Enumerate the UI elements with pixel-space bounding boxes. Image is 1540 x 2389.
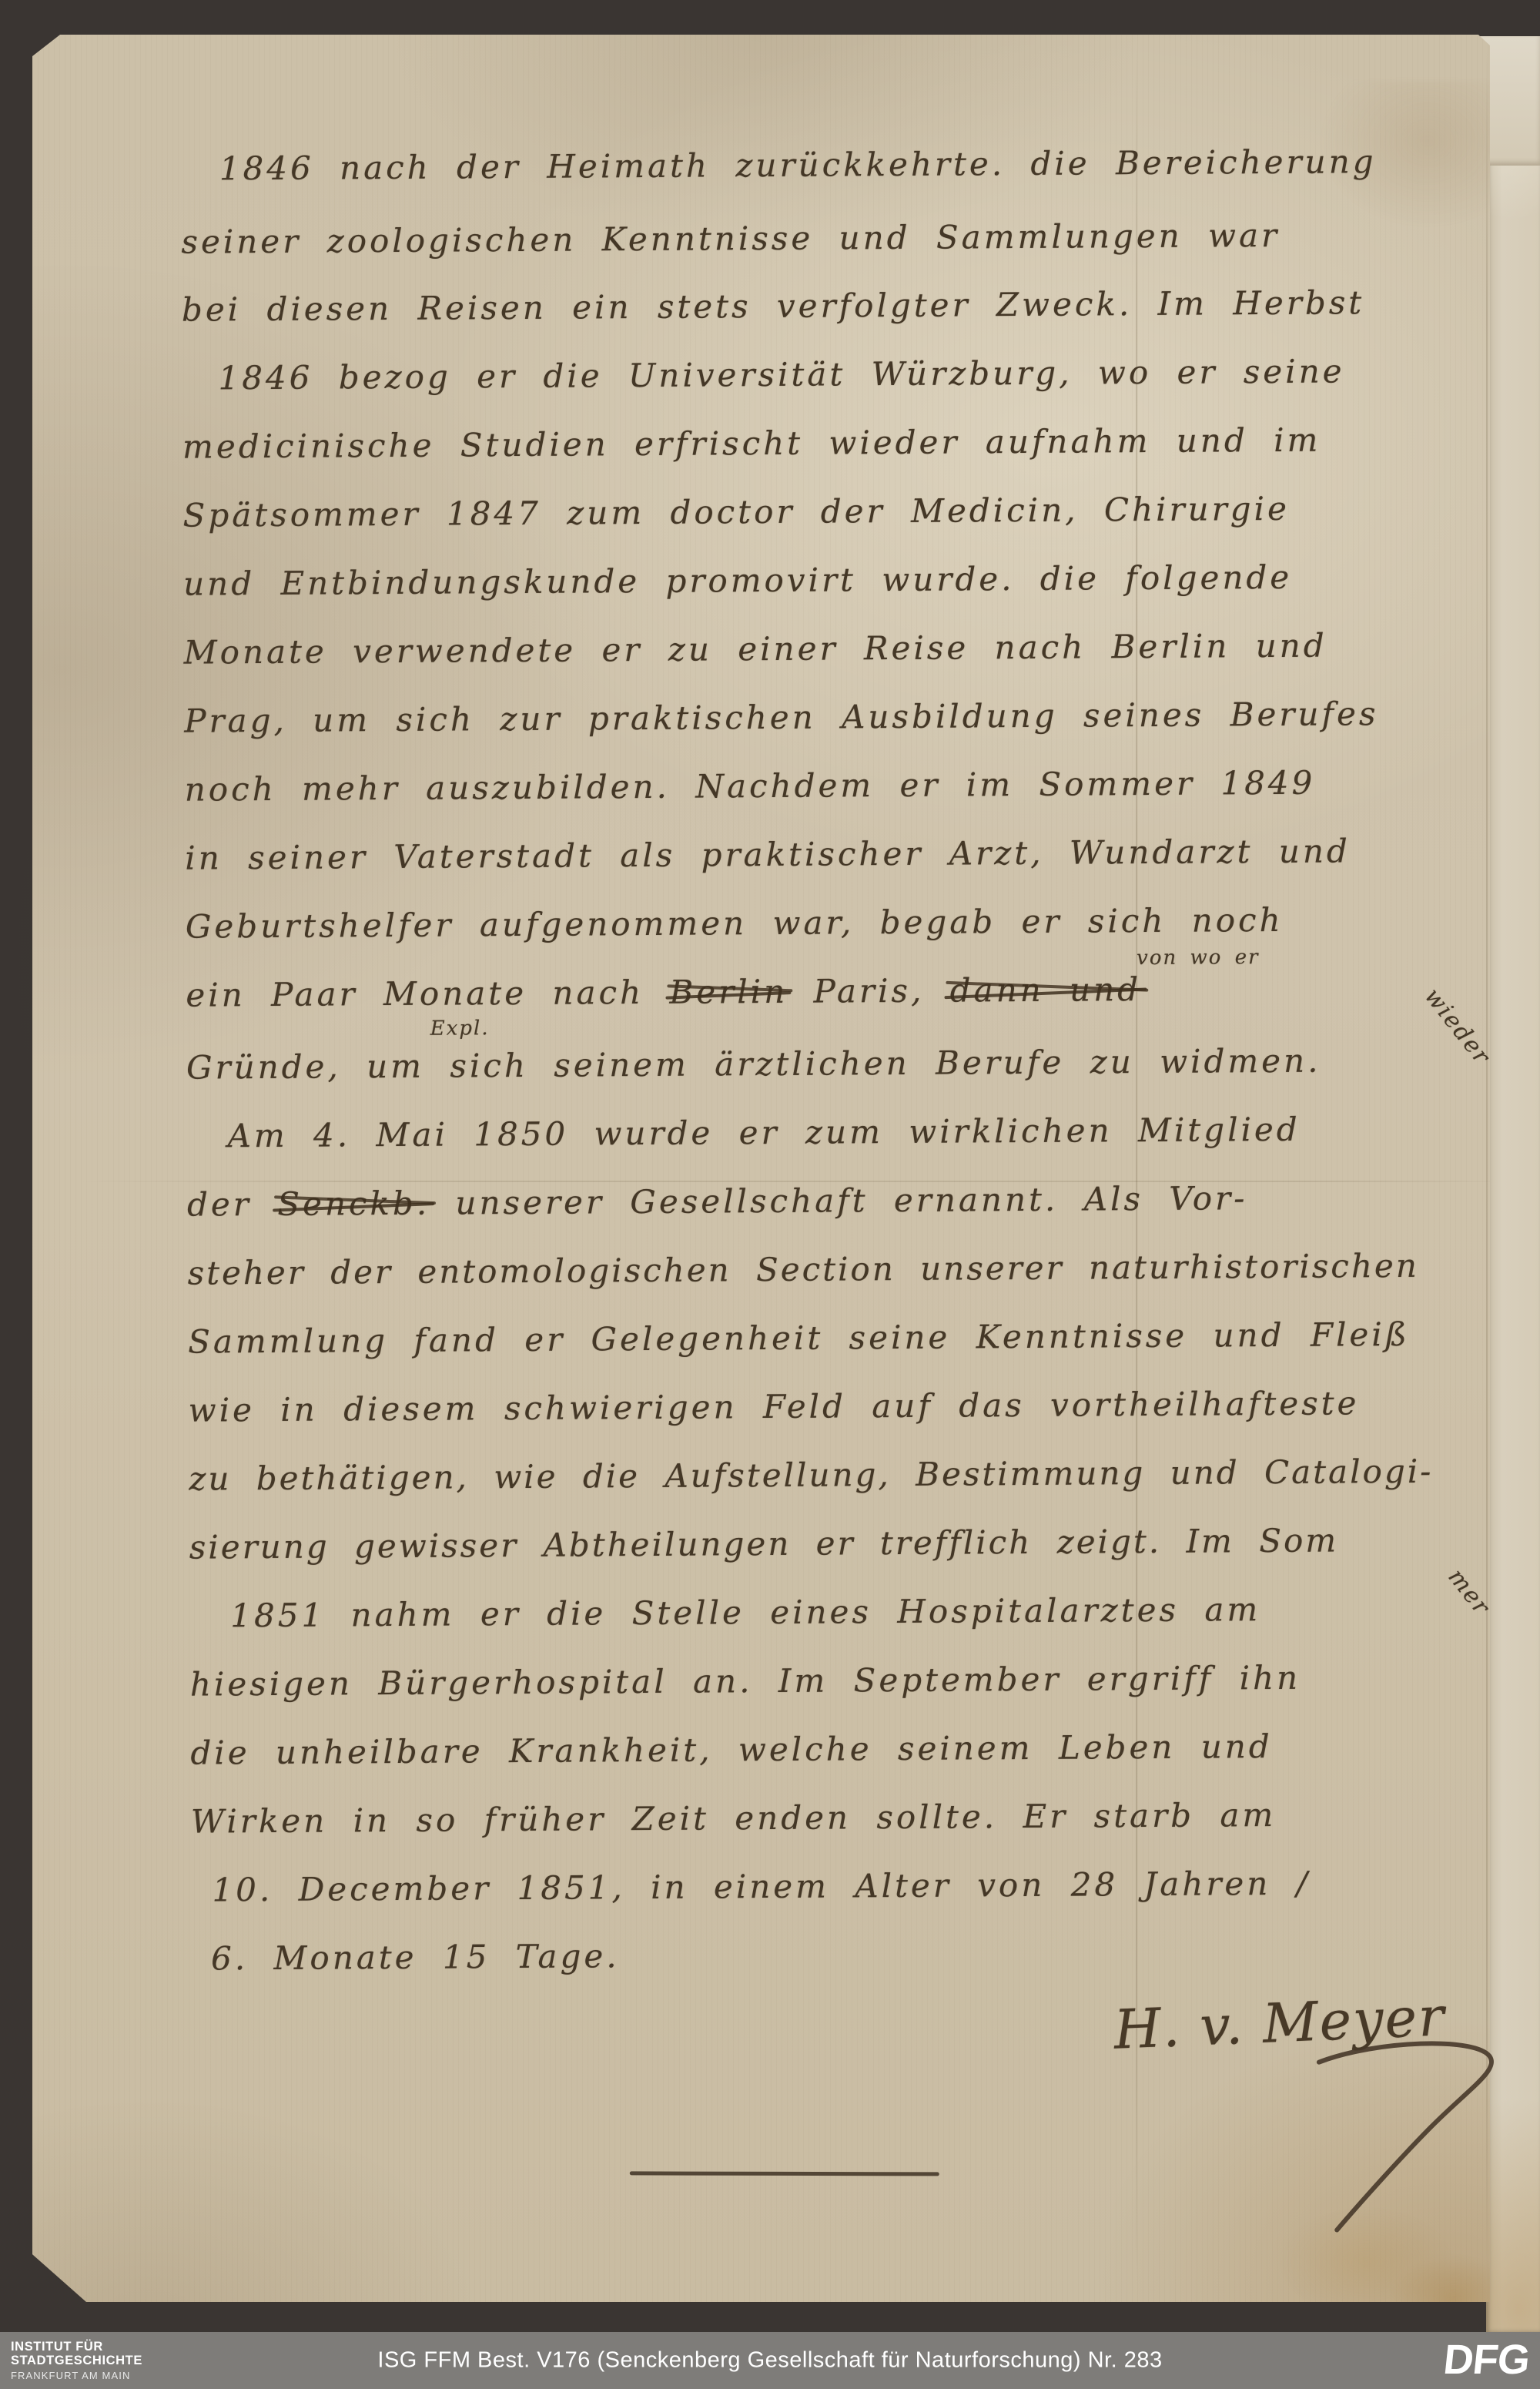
- manuscript-text: Paris,: [788, 972, 950, 1010]
- manuscript-line: sierung gewisser Abtheilungen er treffli…: [189, 1519, 1339, 1569]
- manuscript-text: ein Paar Monate nach: [186, 973, 669, 1014]
- dfg-logo: DFG: [1441, 2336, 1532, 2384]
- manuscript-line: und Entbindungskunde promovirt wurde. di…: [183, 556, 1292, 606]
- manuscript-line: zu bethätigen, wie die Aufstellung, Best…: [189, 1450, 1433, 1501]
- interlinear-insertion: Expl.: [430, 1017, 490, 1040]
- manuscript-line: 1846 bezog er die Universität Würzburg, …: [218, 350, 1344, 400]
- manuscript-line: steher der entomologischen Section unser…: [187, 1245, 1419, 1295]
- manuscript-line: Spätsommer 1847 zum doctor der Medicin, …: [182, 488, 1290, 538]
- archive-reference: ISG FFM Best. V176 (Senckenberg Gesellsc…: [0, 2348, 1540, 2374]
- manuscript-line: bei diesen Reisen ein stets verfolgter Z…: [182, 281, 1365, 331]
- struck-word: dann und: [950, 968, 1142, 1013]
- interlinear-insertion: von wo er: [1137, 946, 1260, 970]
- manuscript-line: Am 4. Mai 1850 wurde er zum wirklichen M…: [227, 1108, 1301, 1158]
- manuscript-text: unserer Gesellschaft ernannt. Als Vor-: [430, 1179, 1248, 1221]
- manuscript-line: in seiner Vaterstadt als praktischer Arz…: [185, 829, 1351, 880]
- manuscript-line: 1846 nach der Heimath zurückkehrte. die …: [219, 140, 1377, 190]
- manuscript-line: 1851 nahm er die Stelle eines Hospitalar…: [230, 1588, 1260, 1637]
- manuscript-text: der: [187, 1185, 277, 1224]
- archive-scan-page: 1846 nach der Heimath zurückkehrte. die …: [0, 0, 1540, 2389]
- manuscript-line-with-corrections: der Senckb. unserer Gesellschaft ernannt…: [187, 1177, 1248, 1226]
- handwritten-manuscript: 1846 nach der Heimath zurückkehrte. die …: [0, 0, 1540, 2389]
- struck-word: Senckb.: [277, 1182, 430, 1226]
- manuscript-line: 6. Monate 15 Tage.: [211, 1935, 620, 1980]
- manuscript-line: wie in diesem schwierigen Feld auf das v…: [189, 1382, 1360, 1432]
- manuscript-line: 10. December 1851, in einem Alter von 28…: [212, 1862, 1311, 1912]
- manuscript-line: Geburtshelfer aufgenommen war, begab er …: [186, 899, 1284, 949]
- manuscript-line-with-corrections: ein Paar Monate nach Berlin Paris, dann …: [186, 968, 1141, 1017]
- manuscript-line: Prag, um sich zur praktischen Ausbildung…: [184, 692, 1379, 742]
- manuscript-line: Sammlung fand er Gelegenheit seine Kennt…: [188, 1313, 1410, 1364]
- manuscript-line: hiesigen Bürgerhospital an. Im September…: [190, 1657, 1301, 1707]
- archive-footer-bar: INSTITUT FÜR STADTGESCHICHTE FRANKFURT A…: [0, 2332, 1540, 2389]
- manuscript-line: medicinische Studien erfrischt wieder au…: [182, 419, 1321, 469]
- margin-wrapped-word: mer: [1442, 1564, 1495, 1621]
- margin-wrapped-word: wieder: [1419, 983, 1496, 1071]
- manuscript-line: seiner zoologischen Kenntnisse und Samml…: [181, 214, 1280, 264]
- manuscript-line: Monate verwendete er zu einer Reise nach…: [184, 625, 1327, 675]
- struck-word: Berlin: [669, 970, 788, 1014]
- manuscript-line: noch mehr auszubilden. Nachdem er im Som…: [185, 762, 1316, 812]
- manuscript-line: Gründe, um sich seinem ärztlichen Berufe…: [186, 1040, 1321, 1090]
- signature-flourish-icon: [1314, 2035, 1501, 2239]
- manuscript-line: Wirken in so früher Zeit enden sollte. E…: [191, 1794, 1277, 1844]
- manuscript-line: die unheilbare Krankheit, welche seinem …: [190, 1725, 1273, 1775]
- hand-drawn-rule: [630, 2171, 939, 2176]
